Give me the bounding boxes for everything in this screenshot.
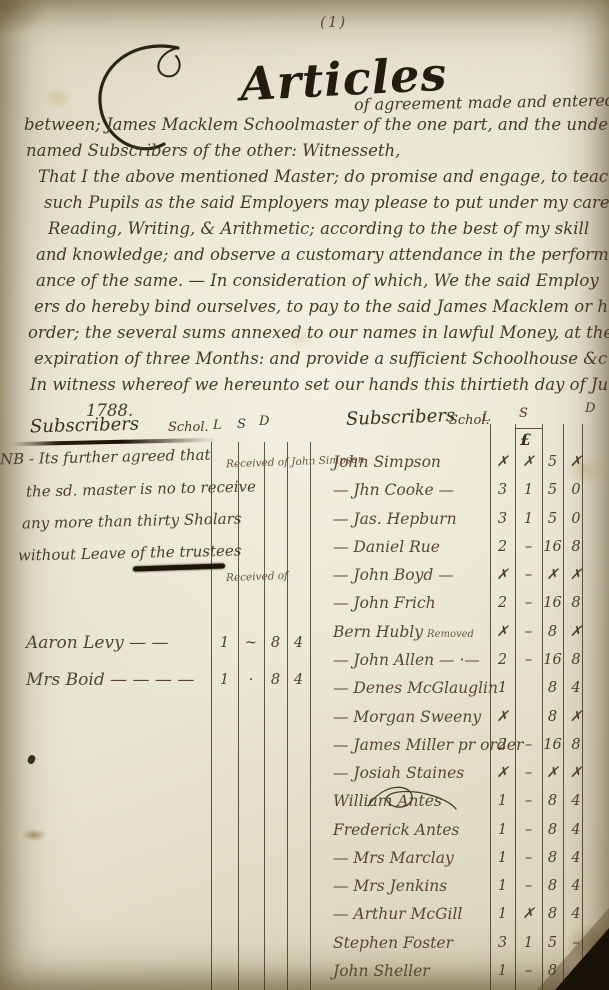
body-line: Reading, Writing, & Arithmetic; accordin… [24, 216, 602, 242]
subscriber-name: Bern HublyRemoved [333, 623, 490, 641]
flourish-icon [366, 786, 458, 814]
pounds-value: – [515, 539, 542, 555]
note-line: NB - Its further agreed that [0, 446, 211, 469]
subscriber-name: — Arthur McGill [333, 905, 490, 923]
pence-value: 0 [563, 482, 589, 498]
column-rule [310, 442, 311, 990]
received-annotation: Received of [226, 570, 288, 584]
row-note: Removed [427, 629, 474, 640]
right-shillings-header: S [519, 406, 528, 421]
table-row: — Daniel Rue2–168 [333, 533, 589, 561]
subscriber-name: Aaron Levy — — [26, 633, 211, 653]
pence-value: 4 [287, 672, 310, 688]
pence-value: ✗ [563, 624, 589, 640]
shillings-value: 8 [264, 672, 287, 688]
shillings-value: ✗ [542, 567, 563, 583]
table-row: — Jhn Cooke —3150 [333, 476, 589, 504]
pence-value: 8 [563, 539, 589, 555]
table-row: Bern HublyRemoved✗–8✗ [333, 618, 589, 646]
pounds-value: – [515, 878, 542, 894]
table-row: John Simpson✗✗5✗ [333, 448, 589, 476]
right-pounds-header: L [482, 410, 491, 425]
body-line: between; James Macklem Schoolmaster of t… [24, 112, 602, 138]
shillings-value: 5 [542, 454, 563, 470]
scholars-value: 1 [211, 635, 238, 651]
shillings-value: 8 [542, 906, 563, 922]
right-subscribers-header: Subscribers [346, 405, 456, 430]
subscriber-name: — James Miller pr order [333, 736, 490, 754]
body-line: ance of the same. — In consideration of … [24, 268, 602, 294]
body-line: named Subscribers of the other: Witnesse… [24, 138, 602, 164]
pence-value: 4 [563, 680, 589, 696]
subscriber-name: John Sheller [333, 962, 490, 980]
pence-value: 0 [563, 511, 589, 527]
page-number: (1) [320, 13, 347, 31]
pence-value: ✗ [563, 567, 589, 583]
table-row: Mrs Boid — — — —1·84 [26, 661, 316, 698]
pence-value: 4 [563, 822, 589, 838]
subscriber-name: John Simpson [333, 453, 490, 471]
table-row: — Mrs Jenkins1–84 [333, 872, 589, 900]
pounds-value: – [515, 850, 542, 866]
right-pence-header: D [585, 401, 595, 416]
scholars-value: ✗ [490, 709, 515, 725]
shillings-value: 16 [542, 539, 563, 555]
subscriber-name: — Josiah Staines [333, 764, 490, 782]
subscriber-name: — John Allen — ·— [333, 651, 490, 669]
column-rule [264, 442, 265, 990]
shillings-value: 8 [542, 624, 563, 640]
scholars-value: 1 [490, 822, 515, 838]
pounds-value: – [515, 737, 542, 753]
scholars-value: ✗ [490, 454, 515, 470]
subscriber-name: — Jas. Hepburn [333, 510, 490, 528]
left-shillings-header: S [237, 417, 246, 432]
pounds-value: – [515, 793, 542, 809]
pounds-value: – [515, 624, 542, 640]
pence-value: ✗ [563, 765, 589, 781]
table-row: — Jas. Hepburn3150 [333, 505, 589, 533]
pence-value: 8 [563, 595, 589, 611]
ink-fleck [26, 754, 36, 765]
pence-value: ✗ [563, 709, 589, 725]
pence-value: 8 [563, 652, 589, 668]
table-row: — John Boyd —✗–✗✗ [333, 561, 589, 589]
pounds-value: 1 [515, 935, 542, 951]
scholars-value: ✗ [490, 765, 515, 781]
table-row: Frederick Antes1–84 [333, 815, 589, 843]
column-rule [287, 442, 288, 990]
pounds-value: 1 [515, 482, 542, 498]
body-line: ers do hereby bind ourselves, to pay to … [24, 294, 602, 320]
pence-value: 4 [287, 635, 310, 651]
pounds-value: ~ [238, 635, 264, 651]
scholars-value: 1 [490, 793, 515, 809]
shillings-value: ✗ [542, 765, 563, 781]
subscriber-name: — Mrs Jenkins [333, 877, 490, 895]
pounds-value: – [515, 963, 542, 979]
scholars-value: 1 [490, 850, 515, 866]
shillings-value: 8 [264, 635, 287, 651]
table-row: — Arthur McGill1✗84 [333, 900, 589, 928]
scholars-value: 3 [490, 511, 515, 527]
scholars-value: 1 [490, 878, 515, 894]
table-row: Aaron Levy — —1~84 [26, 624, 316, 661]
subscriber-name: Frederick Antes [333, 821, 490, 839]
shillings-value: 16 [542, 595, 563, 611]
agreement-body: between; James Macklem Schoolmaster of t… [24, 112, 602, 424]
note-line: any more than thirty Sholars [22, 510, 242, 533]
pounds-value: 1 [515, 511, 542, 527]
scholars-value: ✗ [490, 624, 515, 640]
pounds-value: – [515, 652, 542, 668]
scholars-value: 1 [490, 680, 515, 696]
subscriber-name: — Mrs Marclay [333, 849, 490, 867]
subscriber-name: — John Frich [333, 594, 490, 612]
body-line: order; the several sums annexed to our n… [24, 320, 602, 346]
pence-value: 8 [563, 737, 589, 753]
document-page: (1) Articles of agreement made and enter… [0, 0, 609, 990]
body-line: and knowledge; and observe a customary a… [24, 242, 602, 268]
scholars-value: 1 [490, 906, 515, 922]
scholars-value: 2 [490, 595, 515, 611]
subscriber-name: — John Boyd — [333, 566, 490, 584]
table-row: — Josiah Staines✗–✗✗ [333, 759, 589, 787]
pound-box-line [515, 428, 542, 429]
scholars-value: ✗ [490, 567, 515, 583]
body-line: such Pupils as the said Employers may pl… [24, 190, 602, 216]
scholars-value: 1 [211, 672, 238, 688]
pounds-value: – [515, 822, 542, 838]
pounds-value: ✗ [515, 906, 542, 922]
scholars-value: 2 [490, 652, 515, 668]
shillings-value: 5 [542, 935, 563, 951]
note-line: the sd. master is no to receive [26, 477, 256, 500]
header-underline-flourish [12, 438, 214, 446]
table-row: — Morgan Sweeny✗8✗ [333, 702, 589, 730]
left-pounds-header: L [213, 418, 222, 433]
table-row: — John Frich2–168 [333, 589, 589, 617]
pence-value: 4 [563, 878, 589, 894]
body-line: expiration of three Months: and provide … [24, 346, 602, 372]
shillings-value: 8 [542, 850, 563, 866]
shillings-value: 5 [542, 482, 563, 498]
shillings-value: 8 [542, 793, 563, 809]
subscriber-name: — Jhn Cooke — [333, 481, 490, 499]
scholars-value: 3 [490, 935, 515, 951]
pence-value: 4 [563, 906, 589, 922]
table-row: — John Allen — ·—2–168 [333, 646, 589, 674]
pounds-value: – [515, 567, 542, 583]
shillings-value: 16 [542, 652, 563, 668]
table-row: Stephen Foster315– [333, 929, 589, 957]
table-row: — Mrs Marclay1–84 [333, 844, 589, 872]
scholars-value: 2 [490, 737, 515, 753]
subscriber-name: — Morgan Sweeny [333, 708, 490, 726]
body-line: In witness whereof we hereunto set our h… [24, 372, 602, 398]
note-line: without Leave of the trustees [18, 541, 242, 564]
subscriber-name: Stephen Foster [333, 934, 490, 952]
pound-sign: £ [520, 430, 531, 449]
shillings-value: 8 [542, 709, 563, 725]
pence-value: ✗ [563, 454, 589, 470]
table-row: — James Miller pr order2–168 [333, 731, 589, 759]
shillings-value: 8 [542, 822, 563, 838]
right-subscriber-table: John Simpson✗✗5✗— Jhn Cooke —3150— Jas. … [333, 448, 589, 985]
shillings-value: 16 [542, 737, 563, 753]
pounds-value: ✗ [515, 454, 542, 470]
pounds-value: – [515, 595, 542, 611]
scholars-value: 1 [490, 963, 515, 979]
scholars-value: 2 [490, 539, 515, 555]
shillings-value: 8 [542, 878, 563, 894]
shillings-value: 5 [542, 511, 563, 527]
pence-value: 4 [563, 850, 589, 866]
left-subscriber-table: Aaron Levy — —1~84Mrs Boid — — — —1·84 [26, 624, 316, 698]
scholars-value: 3 [490, 482, 515, 498]
left-pence-header: D [259, 414, 269, 429]
table-row: — Denes McGlauglin184 [333, 674, 589, 702]
left-schol-header: Schol. [168, 420, 209, 435]
subscriber-name: — Denes McGlauglin [333, 679, 490, 697]
pounds-value: · [238, 672, 264, 688]
body-line: That I the above mentioned Master; do pr… [24, 164, 602, 190]
pence-value: 4 [563, 793, 589, 809]
left-subscribers-header: Subscribers [30, 414, 140, 438]
pounds-value: – [515, 765, 542, 781]
subscriber-name: — Daniel Rue [333, 538, 490, 556]
shillings-value: 8 [542, 680, 563, 696]
subscriber-name: Mrs Boid — — — — [26, 670, 211, 690]
